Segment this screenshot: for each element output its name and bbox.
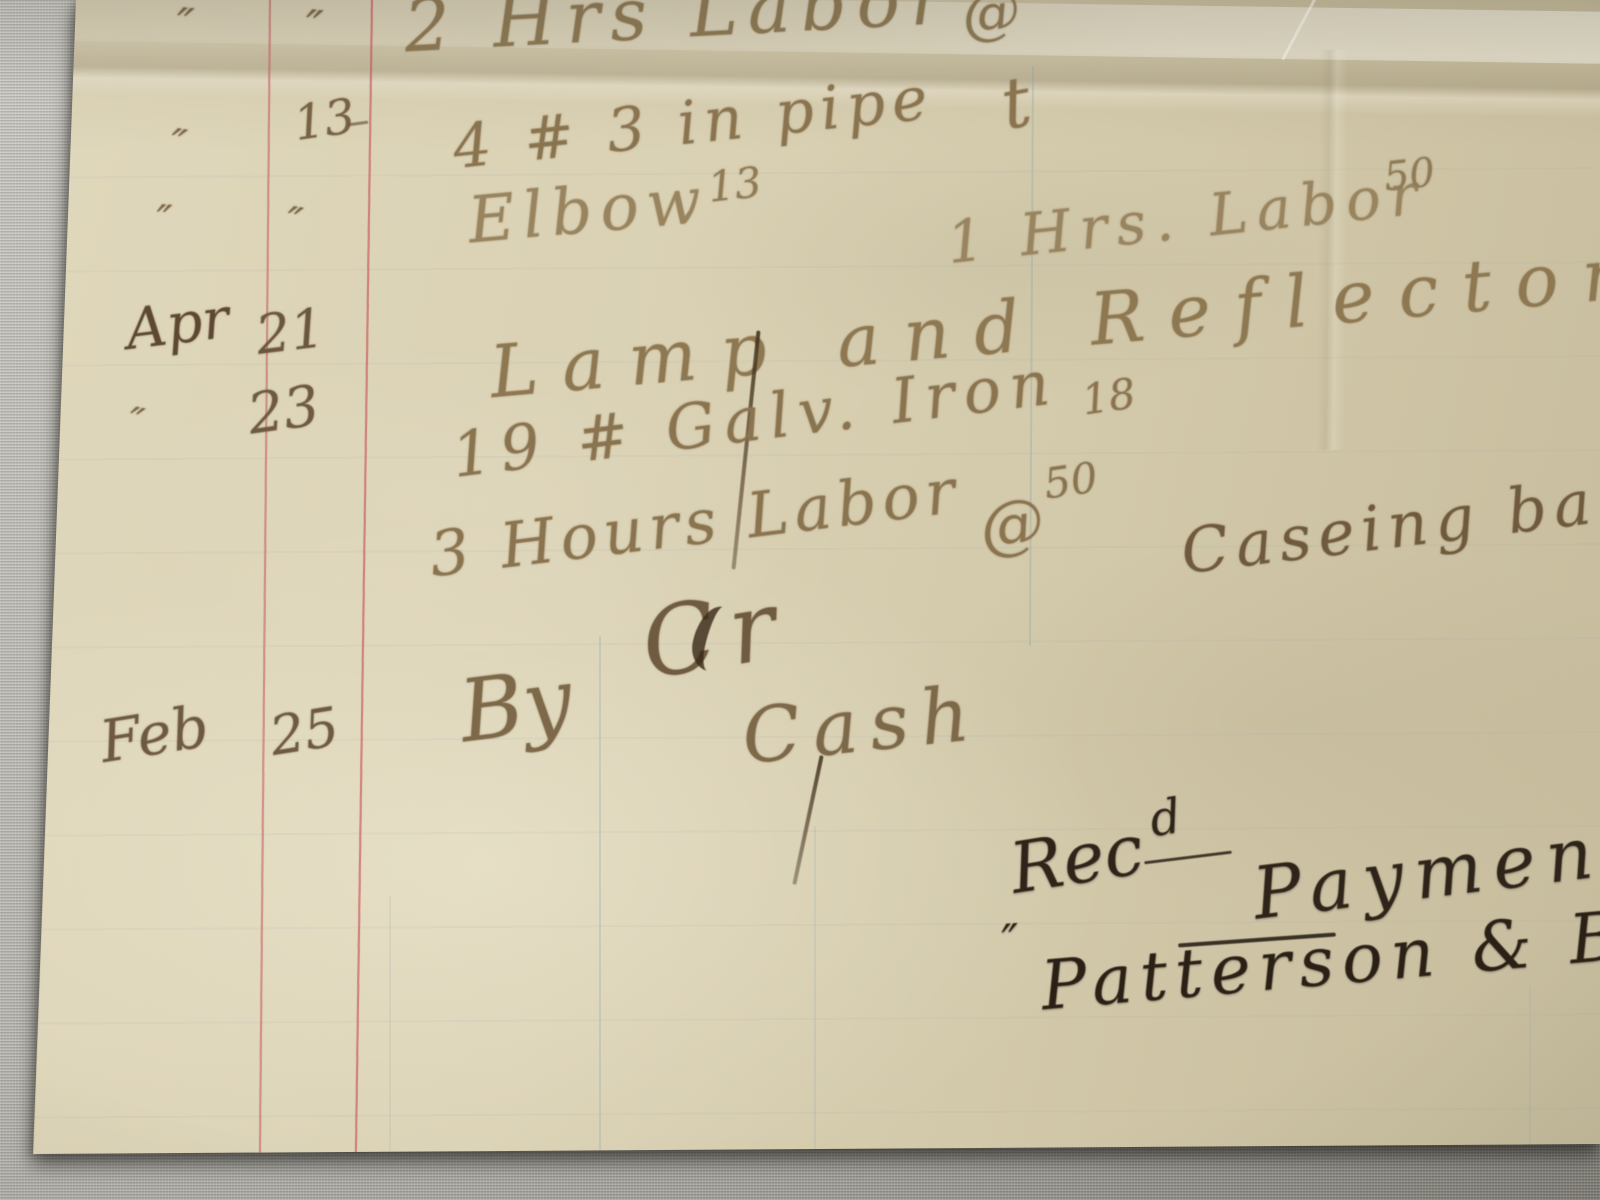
handwriting-layer: ″ ″ 2 Hrs Labor @ ″ 13 4 # 3 in pipe t ″… [0,0,1600,1200]
ledger-paper: ″ ″ 2 Hrs Labor @ ″ 13 4 # 3 in pipe t ″… [0,0,1600,1200]
ditto-mark: ″ [154,196,173,246]
entry-day: 13 [290,88,358,152]
entry-by: By [454,650,577,763]
ditto-mark: ″ [173,0,196,53]
received-abbrev: Rec [1004,808,1149,910]
received-superscript-d: d [1146,788,1185,848]
entry-amount: 13 [706,157,764,211]
entry-day: 23 [244,373,324,447]
entry-amount: 50 [1382,149,1437,200]
ditto-mark: ″ [166,119,190,170]
entry-caseing-note: Caseing ba [1177,465,1600,588]
ditto-mark: ″ [123,399,147,447]
at-rate-sign: @ [975,484,1049,566]
entry-amount: 18 [1079,369,1139,425]
pen-flourish: t [995,60,1037,146]
pen-underline-flourish [1144,851,1232,865]
entry-day: 21 [252,296,328,367]
paper-shadow-wrap: ″ ″ 2 Hrs Labor @ ″ 13 4 # 3 in pipe t ″… [0,0,1600,1200]
ditto-mark: ″ [1000,913,1021,968]
entry-month: Apr [122,286,232,363]
ledger-photo: ″ ″ 2 Hrs Labor @ ″ 13 4 # 3 in pipe t ″… [0,0,1600,1200]
entry-month: Feb [95,692,213,776]
ditto-mark: ″ [302,0,325,55]
at-rate-sign: @ [959,0,1024,49]
entry-rate: 50 [1041,453,1101,509]
entry-hours-labor: 2 Hrs Labor [402,0,956,68]
entry-cash: Cash [738,668,985,782]
entry-day: 25 [265,695,343,768]
ditto-mark: ″ [282,197,306,248]
